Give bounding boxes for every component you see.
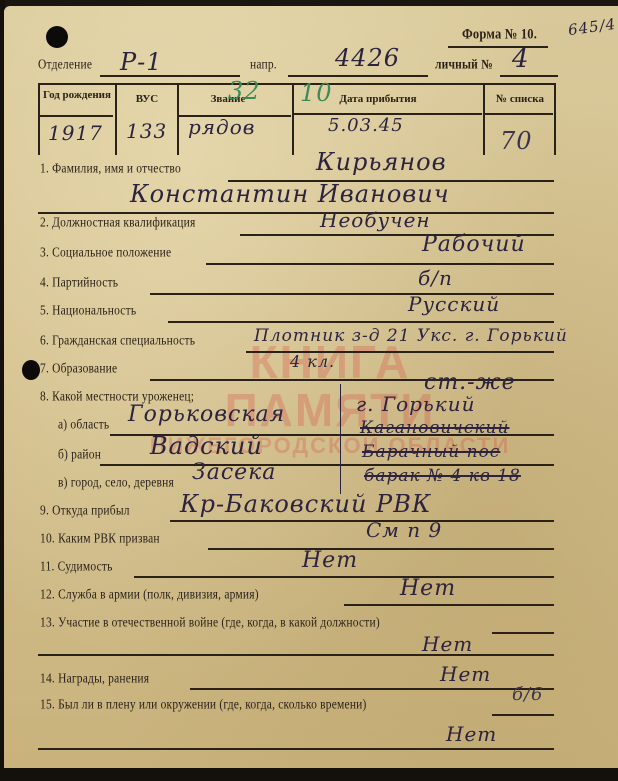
form-underline — [448, 46, 548, 48]
rank-value: рядов — [188, 115, 255, 139]
war-participation-value: Нет — [422, 632, 473, 656]
field-number: 13. — [40, 616, 55, 630]
field-line — [492, 714, 554, 716]
field-label-village: город, село, деревня — [71, 476, 174, 490]
margin-note: б/6 — [512, 684, 544, 705]
department-value: Р-1 — [120, 48, 163, 76]
personal-line — [500, 75, 558, 77]
field-line — [168, 321, 554, 323]
field-label-nationality: Национальность — [52, 304, 136, 318]
field-number: б) — [58, 448, 68, 462]
green-annotation: 10 — [300, 79, 333, 107]
surname-value: Кирьянов — [316, 148, 447, 176]
field-number: 4. — [40, 276, 49, 290]
header-list-number: № списка — [486, 93, 554, 105]
field-label-party: Партийность — [52, 276, 118, 290]
punch-hole — [22, 360, 40, 380]
field-number: 11. — [40, 560, 55, 574]
field-line — [38, 748, 554, 750]
direction-label: напр. — [250, 58, 277, 72]
field-number: 6. — [40, 334, 49, 348]
header-birth-year: Год рождения — [42, 89, 112, 101]
field-label-draft-office: Каким РВК призван — [58, 532, 160, 546]
district-value: Вадский — [150, 432, 263, 460]
field-number: 14. — [40, 672, 55, 686]
field-label-social-status: Социальное положение — [52, 246, 171, 260]
nationality-value: Русский — [408, 292, 500, 316]
table-divider — [115, 83, 117, 155]
birth-year-value: 1917 — [48, 121, 103, 145]
personal-label: личный № — [435, 58, 493, 72]
scan-edge-bottom — [0, 768, 618, 781]
bracket-mark — [340, 384, 341, 494]
field-line — [38, 212, 554, 214]
field-line — [492, 632, 554, 634]
direction-line — [288, 75, 428, 77]
party-value: б/п — [418, 266, 453, 290]
field-number: 3. — [40, 246, 49, 260]
convictions-value: Нет — [302, 548, 358, 573]
field-label-qualification: Должностная квалификация — [52, 216, 195, 230]
civil-specialty-value: Плотник з-д 21 Укс. г. Горький — [254, 326, 568, 346]
field-line — [344, 604, 554, 606]
direction-value: 4426 — [335, 44, 400, 72]
field-number: 5. — [40, 304, 49, 318]
table-divider — [177, 83, 179, 155]
form-label: Форма № 10. — [462, 26, 537, 43]
field-label-district: район — [71, 448, 101, 462]
field-number: 12. — [40, 588, 55, 602]
captivity-value: Нет — [446, 722, 497, 746]
address-struck-district: Кагановичский — [360, 418, 509, 438]
header-vus: ВУС — [118, 93, 176, 105]
address-city: г. Горький — [356, 392, 476, 416]
field-label-war-participation: Участие в отечественной войне (где, когд… — [58, 616, 380, 630]
table-border — [38, 83, 40, 155]
field-number: 2. — [40, 216, 49, 230]
field-label-civil-specialty: Гражданская специальность — [52, 334, 195, 348]
department-label: Отделение — [38, 58, 92, 72]
social-status-value: Рабочий — [422, 232, 526, 257]
field-number: 1. — [40, 162, 49, 176]
service-table: Год рождения ВУС Звание Дата прибытия № … — [38, 83, 556, 155]
field-label-captivity: Был ли в плену или окружении (где, когда… — [58, 698, 367, 712]
field-label-convictions: Судимость — [58, 560, 113, 574]
personal-value: 4 — [512, 44, 530, 74]
field-label-army-service: Служба в армии (полк, дивизия, армия) — [58, 588, 259, 602]
green-annotation: 32 — [228, 77, 261, 105]
punch-hole — [46, 26, 68, 48]
draft-office-value: См п 9 — [366, 518, 442, 542]
list-number-value: 70 — [500, 127, 533, 155]
field-line — [170, 520, 554, 522]
field-number: 10. — [40, 532, 55, 546]
header-arrival-date: Дата прибытия — [318, 93, 438, 105]
field-label-education: Образование — [52, 362, 117, 376]
table-divider — [292, 83, 294, 155]
field-label-awards: Награды, ранения — [58, 672, 149, 686]
qualification-value: Необучен — [320, 208, 431, 232]
education-value: 4 кл. — [290, 352, 335, 371]
field-line — [190, 688, 554, 690]
field-number: 15. — [40, 698, 55, 712]
army-service-value: Нет — [400, 576, 456, 601]
field-line — [206, 263, 554, 265]
village-value: Засека — [192, 460, 276, 485]
arrival-date-value: 5.03.45 — [328, 115, 404, 136]
table-row-divider — [485, 113, 553, 115]
table-row-divider — [40, 115, 113, 117]
given-names-value: Константин Иванович — [130, 180, 450, 208]
field-line — [134, 576, 554, 578]
table-divider — [483, 83, 485, 155]
field-number: 8. — [40, 390, 49, 404]
field-number: а) — [58, 418, 67, 432]
field-label-full-name: Фамилия, имя и отчество — [52, 162, 181, 176]
address-struck-settlement: Барачный пос — [362, 442, 500, 462]
table-border — [554, 83, 556, 155]
field-number: 7. — [40, 362, 49, 376]
awards-value: Нет — [440, 662, 491, 686]
address-struck-barrack: барак № 4 кв 18 — [364, 466, 521, 486]
field-line — [208, 548, 554, 550]
arrived-from-value: Кр-Баковский РВК — [180, 490, 431, 518]
vus-value: 133 — [126, 119, 167, 143]
region-value: Горьковская — [128, 402, 285, 427]
field-number: в) — [58, 476, 68, 490]
field-line — [38, 654, 554, 656]
field-label-region: область — [70, 418, 109, 432]
field-number: 9. — [40, 504, 49, 518]
field-label-arrived-from: Откуда прибыл — [52, 504, 130, 518]
